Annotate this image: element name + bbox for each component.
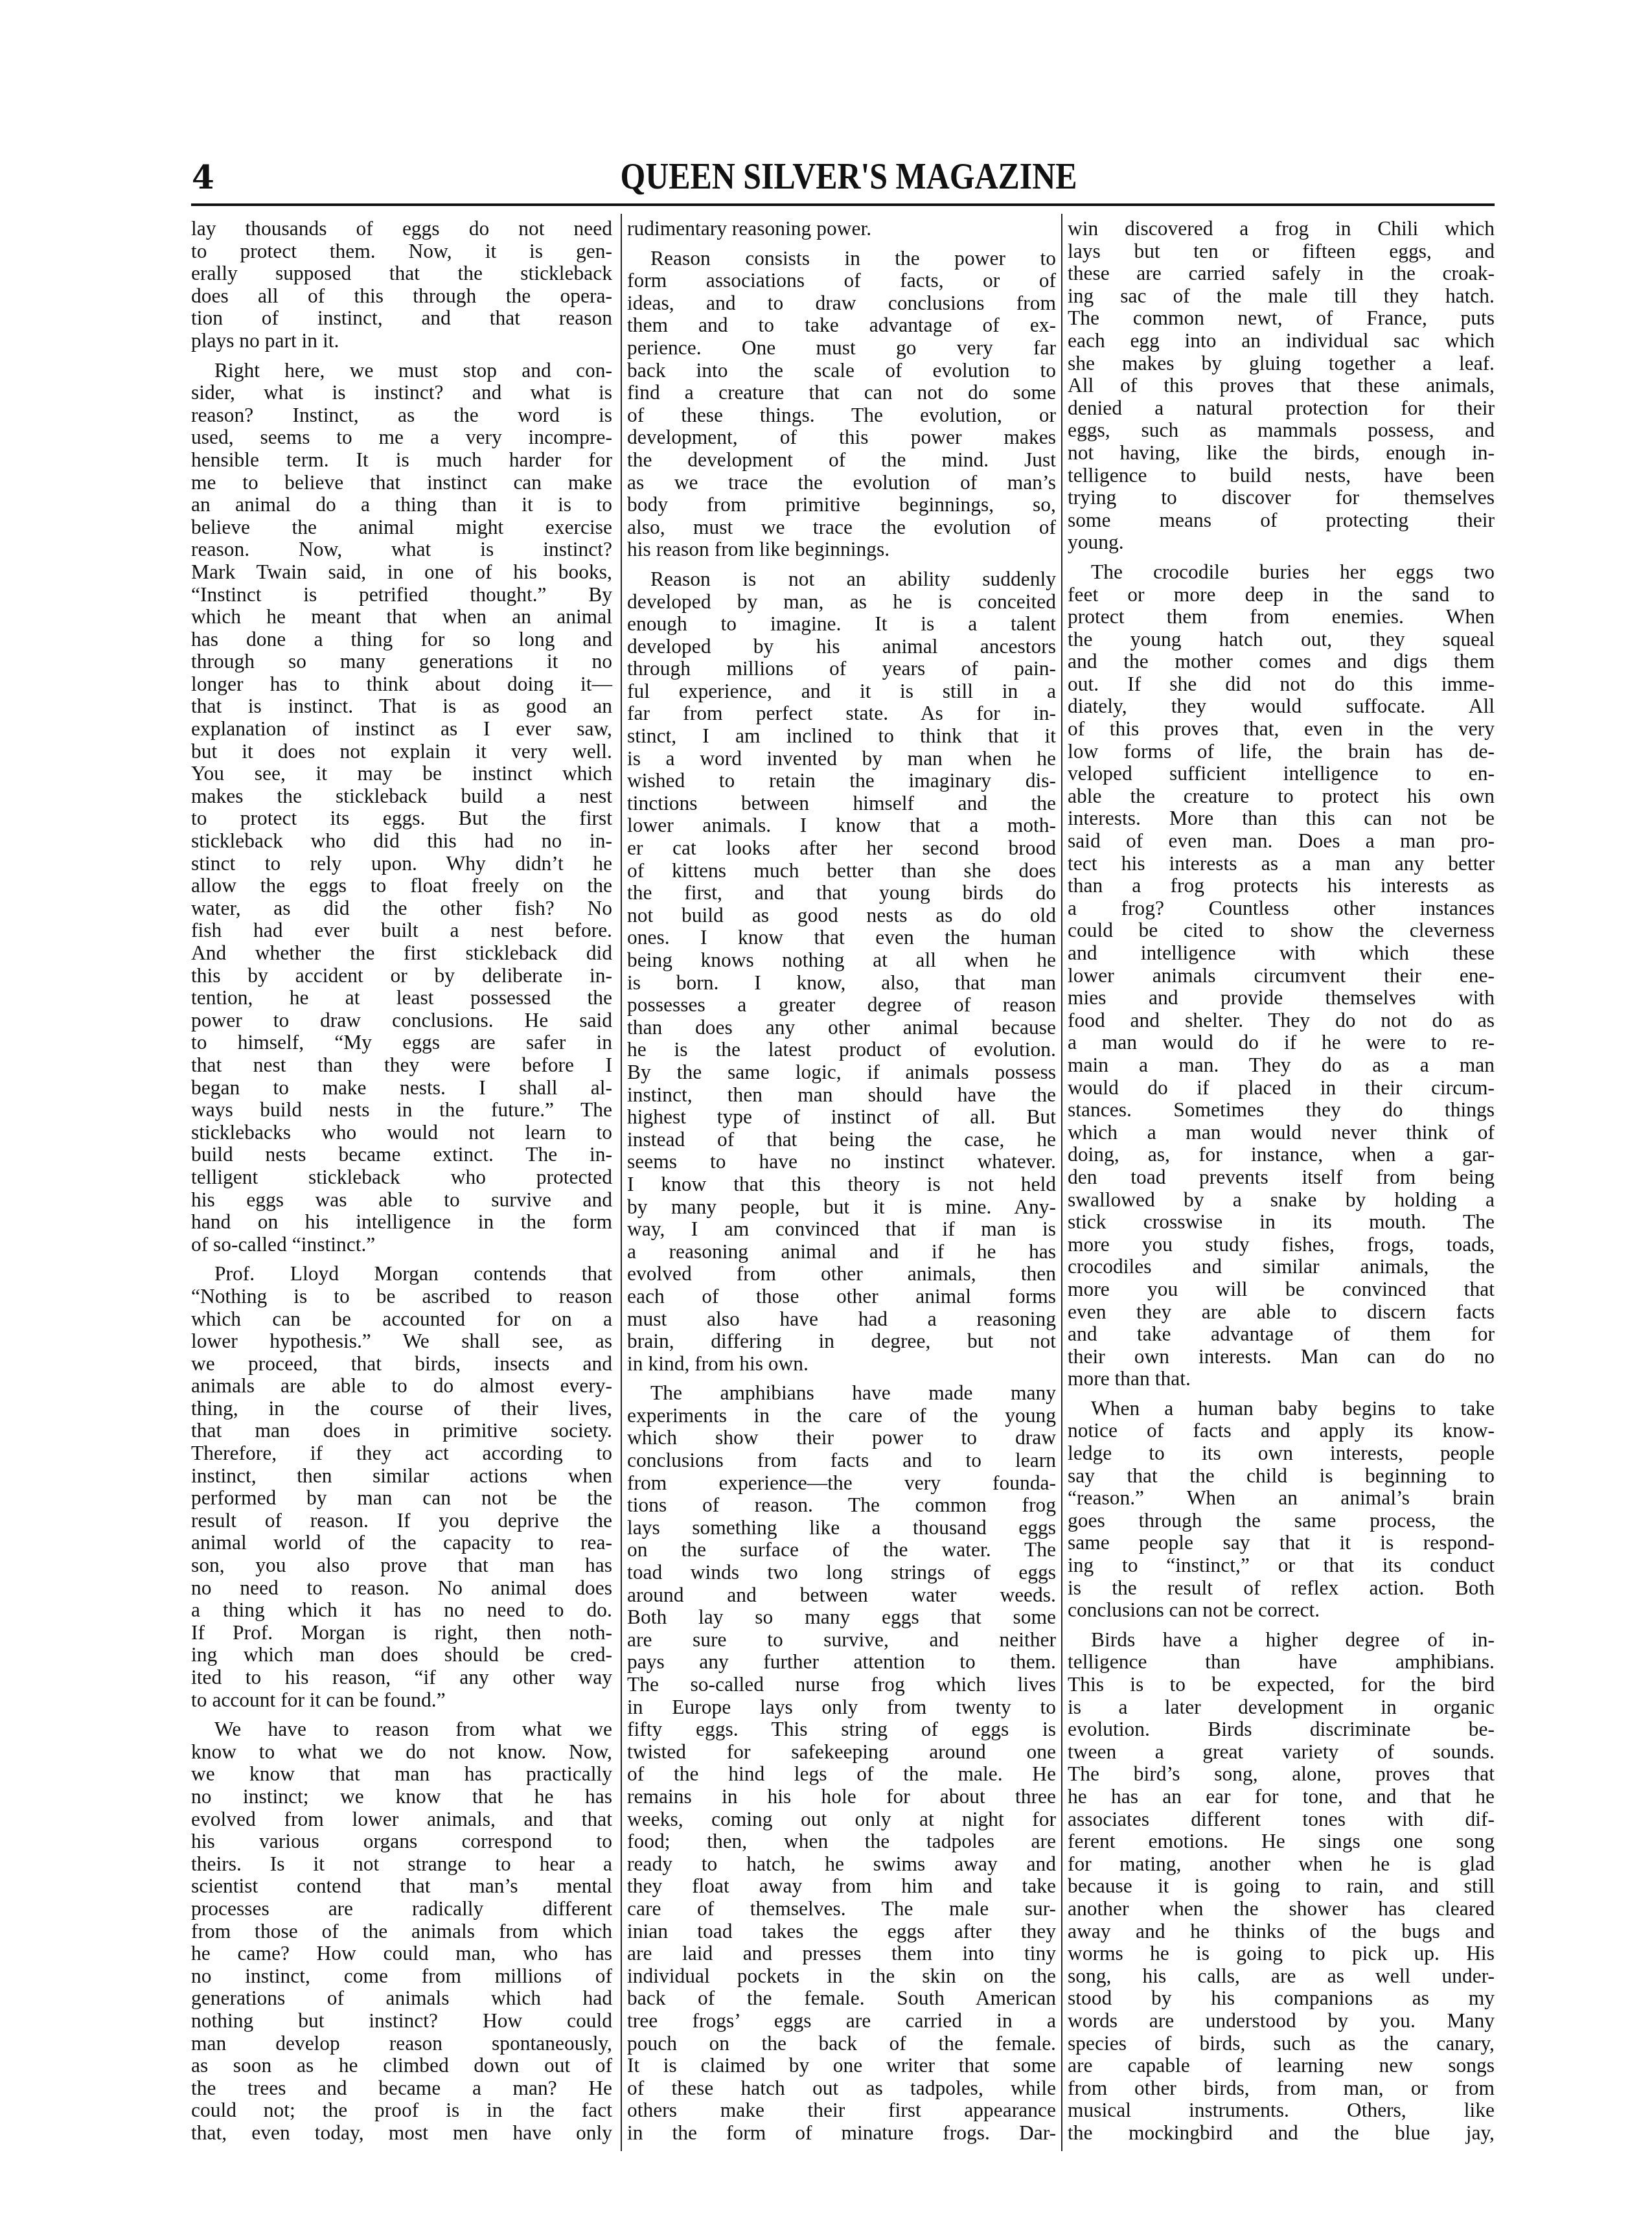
text-line: If Prof. Morgan is right, then noth- bbox=[191, 1622, 612, 1644]
text-line: veloped sufficient intelligence to en- bbox=[1068, 763, 1495, 785]
text-line: I know that this theory is not held bbox=[627, 1173, 1056, 1196]
text-line: around and between water weeds. bbox=[627, 1584, 1056, 1607]
text-line: and intelligence with which these bbox=[1068, 942, 1495, 965]
text-line: of these hatch out as tadpoles, while bbox=[627, 2077, 1056, 2100]
text-line: are laid and presses them into tiny bbox=[627, 1942, 1056, 1965]
text-line: The common newt, of France, puts bbox=[1068, 307, 1495, 330]
text-line: goes through the same process, the bbox=[1068, 1510, 1495, 1532]
text-line: animal world of the capacity to rea- bbox=[191, 1532, 612, 1554]
text-line: sider, what is instinct? and what is bbox=[191, 382, 612, 404]
text-line: from those of the animals from which bbox=[191, 1920, 612, 1943]
text-line: plays no part in it. bbox=[191, 330, 612, 352]
text-line: generations of animals which had bbox=[191, 1987, 612, 2010]
text-line: tect his interests as a man any better bbox=[1068, 853, 1495, 875]
text-line: from experience—the very founda- bbox=[627, 1472, 1056, 1495]
text-line: pouch on the back of the female. bbox=[627, 2033, 1056, 2055]
text-line: This is to be expected, for the bird bbox=[1068, 1674, 1495, 1696]
text-line: of these things. The evolution, or bbox=[627, 404, 1056, 427]
text-line: The amphibians have made many bbox=[627, 1382, 1056, 1405]
text-line: each egg into an individual sac which bbox=[1068, 330, 1495, 352]
text-line: Reason is not an ability suddenly bbox=[627, 568, 1056, 591]
text-line: scientist contend that man’s mental bbox=[191, 1875, 612, 1898]
text-line: being knows nothing at all when he bbox=[627, 949, 1056, 972]
text-line: makes the stickleback build a nest bbox=[191, 785, 612, 808]
text-line: his eggs was able to survive and bbox=[191, 1189, 612, 1212]
text-line: tions of reason. The common frog bbox=[627, 1494, 1056, 1517]
text-line: enough to imagine. It is a talent bbox=[627, 613, 1056, 636]
text-line: individual pockets in the skin on the bbox=[627, 1965, 1056, 1988]
text-line: Reason consists in the power to bbox=[627, 248, 1056, 270]
text-line: Both lay so many eggs that some bbox=[627, 1606, 1056, 1629]
text-line: because it is going to rain, and still bbox=[1068, 1875, 1495, 1898]
text-line: hensible term. It is much harder for bbox=[191, 449, 612, 472]
text-line: even they are able to discern facts bbox=[1068, 1301, 1495, 1324]
text-line: not build as good nests as do old bbox=[627, 905, 1056, 927]
text-line: body from primitive beginnings, so, bbox=[627, 494, 1056, 516]
text-line: pays any further attention to them. bbox=[627, 1651, 1056, 1674]
text-line: these are carried safely in the croak- bbox=[1068, 262, 1495, 285]
text-line: said of even man. Does a man pro- bbox=[1068, 830, 1495, 853]
text-line: does all of this through the opera- bbox=[191, 285, 612, 308]
text-line: the first, and that young birds do bbox=[627, 882, 1056, 905]
text-line: but it does not explain it very well. bbox=[191, 741, 612, 763]
text-line: feet or more deep in the sand to bbox=[1068, 584, 1495, 606]
text-line: tion of instinct, and that reason bbox=[191, 307, 612, 330]
text-line: ledge to its own interests, people bbox=[1068, 1442, 1495, 1465]
text-line: eggs, such as mammals possess, and bbox=[1068, 419, 1495, 442]
text-line: highest type of instinct of all. But bbox=[627, 1106, 1056, 1129]
text-line: ready to hatch, he swims away and bbox=[627, 1853, 1056, 1876]
text-line: fifty eggs. This string of eggs is bbox=[627, 1718, 1056, 1741]
text-line: stinct, I am inclined to think that it bbox=[627, 725, 1056, 748]
paragraph-gap bbox=[627, 240, 1056, 248]
paragraph: Reason consists in the power toform asso… bbox=[627, 248, 1056, 561]
text-line: conclusions from facts and to learn bbox=[627, 1449, 1056, 1472]
text-line: The crocodile buries her eggs two bbox=[1068, 561, 1495, 584]
text-line: explanation of instinct as I ever saw, bbox=[191, 718, 612, 741]
text-line: thing, in the course of their lives, bbox=[191, 1398, 612, 1420]
text-line: as we trace the evolution of man’s bbox=[627, 472, 1056, 494]
text-line: telligent stickleback who protected bbox=[191, 1166, 612, 1189]
text-line: seems to have no instinct whatever. bbox=[627, 1151, 1056, 1173]
text-line: telligence than have amphibians. bbox=[1068, 1651, 1495, 1674]
text-line: We have to reason from what we bbox=[191, 1718, 612, 1741]
text-line: lay thousands of eggs do not need bbox=[191, 218, 612, 240]
paragraph: lay thousands of eggs do not needto prot… bbox=[191, 218, 612, 352]
text-line: are sure to survive, and neither bbox=[627, 1629, 1056, 1652]
text-line: animals are able to do almost every- bbox=[191, 1375, 612, 1398]
text-line: associates different tones with dif- bbox=[1068, 1808, 1495, 1831]
text-line: “reason.” When an animal’s brain bbox=[1068, 1487, 1495, 1510]
text-line: a reasoning animal and if he has bbox=[627, 1241, 1056, 1263]
text-line: which can be accounted for on a bbox=[191, 1308, 612, 1331]
text-line: doing, as, for instance, when a gar- bbox=[1068, 1144, 1495, 1166]
text-line: man develop reason spontaneously, bbox=[191, 2033, 612, 2055]
text-line: tree frogs’ eggs are carried in a bbox=[627, 2010, 1056, 2033]
text-line: a man would do if he were to re- bbox=[1068, 1032, 1495, 1054]
text-line: ideas, and to draw conclusions from bbox=[627, 292, 1056, 315]
text-line: Birds have a higher degree of in- bbox=[1068, 1629, 1495, 1652]
text-line: others make their first appearance bbox=[627, 2099, 1056, 2122]
text-line: form associations of facts, or of bbox=[627, 270, 1056, 292]
text-line: protect them from enemies. When bbox=[1068, 606, 1495, 628]
text-line: they float away from him and take bbox=[627, 1875, 1056, 1898]
text-line: main a man. They do as a man bbox=[1068, 1054, 1495, 1077]
text-line: power to draw conclusions. He said bbox=[191, 1009, 612, 1032]
text-line: them and to take advantage of ex- bbox=[627, 314, 1056, 337]
text-line: the development of the mind. Just bbox=[627, 449, 1056, 472]
text-line: species of birds, such as the canary, bbox=[1068, 2033, 1495, 2055]
text-line: result of reason. If you deprive the bbox=[191, 1510, 612, 1532]
text-line: the young hatch out, they squeal bbox=[1068, 628, 1495, 651]
text-line: of the hind legs of the male. He bbox=[627, 1763, 1056, 1786]
text-line: he is the latest product of evolution. bbox=[627, 1039, 1056, 1061]
text-column-2: rudimentary reasoning power.Reason consi… bbox=[627, 218, 1056, 2144]
paragraph: win discovered a frog in Chili whichlays… bbox=[1068, 218, 1495, 554]
text-line: as soon as he climbed down out of bbox=[191, 2055, 612, 2077]
paragraph: rudimentary reasoning power. bbox=[627, 218, 1056, 240]
text-line: low forms of life, the brain has de- bbox=[1068, 741, 1495, 763]
text-line: than a frog protects his interests as bbox=[1068, 875, 1495, 897]
text-line: developed by his animal ancestors bbox=[627, 636, 1056, 658]
text-line: lays something like a thousand eggs bbox=[627, 1517, 1056, 1539]
text-line: me to believe that instinct can make bbox=[191, 472, 612, 494]
text-line: each of those other animal forms bbox=[627, 1285, 1056, 1308]
text-column-1: lay thousands of eggs do not needto prot… bbox=[191, 218, 612, 2144]
text-line: stances. Sometimes they do things bbox=[1068, 1099, 1495, 1122]
text-line: than does any other animal because bbox=[627, 1017, 1056, 1039]
text-line: could not; the proof is in the fact bbox=[191, 2099, 612, 2122]
text-line: wished to retain the imaginary dis- bbox=[627, 770, 1056, 792]
text-line: inian toad takes the eggs after they bbox=[627, 1920, 1056, 1943]
text-line: nothing but instinct? How could bbox=[191, 2010, 612, 2033]
text-line: tention, he at least possessed the bbox=[191, 987, 612, 1009]
text-line: stinct to rely upon. Why didn’t he bbox=[191, 853, 612, 875]
text-line: hand on his intelligence in the form bbox=[191, 1211, 612, 1234]
text-line: that is instinct. That is as good an bbox=[191, 695, 612, 718]
text-line: no need to reason. No animal does bbox=[191, 1577, 612, 1600]
text-line: more you will be convinced that bbox=[1068, 1278, 1495, 1301]
text-line: find a creature that can not do some bbox=[627, 382, 1056, 404]
text-line: could be cited to show the cleverness bbox=[1068, 919, 1495, 942]
paragraph: The amphibians have made manyexperiments… bbox=[627, 1382, 1056, 2144]
text-line: musical instruments. Others, like bbox=[1068, 2099, 1495, 2122]
text-line: in Europe lays only from twenty to bbox=[627, 1696, 1056, 1719]
text-line: er cat looks after her second brood bbox=[627, 837, 1056, 860]
text-line: and the mother comes and digs them bbox=[1068, 651, 1495, 673]
text-line: Right here, we must stop and con- bbox=[191, 360, 612, 382]
text-line: has done a thing for so long and bbox=[191, 628, 612, 651]
text-line: ones. I know that even the human bbox=[627, 927, 1056, 949]
text-line: he came? How could man, who has bbox=[191, 1942, 612, 1965]
text-line: “Nothing is to be ascribed to reason bbox=[191, 1285, 612, 1308]
text-line: also, must we trace the evolution of bbox=[627, 516, 1056, 539]
text-line: we know that man has practically bbox=[191, 1763, 612, 1786]
text-line: brain, differing in degree, but not bbox=[627, 1330, 1056, 1353]
text-line: this by accident or by deliberate in- bbox=[191, 965, 612, 987]
text-line: swallowed by a snake by holding a bbox=[1068, 1189, 1495, 1212]
text-line: It is claimed by one writer that some bbox=[627, 2055, 1056, 2077]
text-line: words are understood by you. Many bbox=[1068, 2010, 1495, 2033]
text-line: The bird’s song, alone, proves that bbox=[1068, 1763, 1495, 1786]
text-line: in kind, from his own. bbox=[627, 1353, 1056, 1376]
text-line: not having, like the birds, enough in- bbox=[1068, 442, 1495, 465]
text-line: notice of facts and apply its know- bbox=[1068, 1420, 1495, 1442]
text-line: ways build nests in the future.” The bbox=[191, 1099, 612, 1122]
text-line: which a man would never think of bbox=[1068, 1122, 1495, 1144]
text-line: through millions of years of pain- bbox=[627, 658, 1056, 680]
text-line: of this proves that, even in the very bbox=[1068, 718, 1495, 741]
text-line: theirs. Is it not strange to hear a bbox=[191, 1853, 612, 1876]
text-line: tween a great variety of sounds. bbox=[1068, 1741, 1495, 1764]
text-line: “Instinct is petrified thought.” By bbox=[191, 584, 612, 606]
text-line: toad winds two long strings of eggs bbox=[627, 1562, 1056, 1584]
text-line: stick crosswise in its mouth. The bbox=[1068, 1211, 1495, 1234]
text-line: more you study fishes, frogs, toads, bbox=[1068, 1234, 1495, 1256]
text-line: evolved from lower animals, and that bbox=[191, 1808, 612, 1831]
text-line: stickleback who did this had no in- bbox=[191, 830, 612, 853]
text-line: his reason from like beginnings. bbox=[627, 538, 1056, 561]
text-line: which he meant that when an animal bbox=[191, 606, 612, 628]
text-line: son, you also prove that man has bbox=[191, 1554, 612, 1577]
text-line: for mating, another when he is glad bbox=[1068, 1853, 1495, 1876]
text-line: lower hypothesis.” We shall see, as bbox=[191, 1330, 612, 1353]
text-line: ing which man does should be cred- bbox=[191, 1644, 612, 1666]
text-line: back into the scale of evolution to bbox=[627, 360, 1056, 382]
text-line: another when the shower has cleared bbox=[1068, 1898, 1495, 1920]
magazine-title: QUEEN SILVER'S MAGAZINE bbox=[609, 156, 1088, 197]
text-line: is born. I know, also, that man bbox=[627, 972, 1056, 995]
text-line: away and he thinks of the bugs and bbox=[1068, 1920, 1495, 1943]
text-line: which show their power to draw bbox=[627, 1427, 1056, 1449]
text-line: their own interests. Man can do no bbox=[1068, 1346, 1495, 1368]
text-line: care of themselves. The male sur- bbox=[627, 1898, 1056, 1920]
text-line: Therefore, if they act according to bbox=[191, 1442, 612, 1465]
text-line: water, as did the other fish? No bbox=[191, 897, 612, 920]
text-line: diately, they would suffocate. All bbox=[1068, 695, 1495, 718]
paragraph: The crocodile buries her eggs twofeet or… bbox=[1068, 561, 1495, 1390]
text-line: perience. One must go very far bbox=[627, 337, 1056, 360]
text-line: an animal do a thing than it is to bbox=[191, 494, 612, 516]
text-line: crocodiles and similar animals, the bbox=[1068, 1256, 1495, 1278]
text-line: development, of this power makes bbox=[627, 426, 1056, 449]
text-line: All of this proves that these animals, bbox=[1068, 375, 1495, 397]
text-line: the mockingbird and the blue jay, bbox=[1068, 2122, 1495, 2145]
text-line: we proceed, that birds, insects and bbox=[191, 1353, 612, 1376]
text-line: ful experience, and it is still in a bbox=[627, 680, 1056, 703]
paragraph: We have to reason from what weknow to wh… bbox=[191, 1718, 612, 2144]
text-line: to himself, “My eggs are safer in bbox=[191, 1032, 612, 1054]
text-line: know to what we do not know. Now, bbox=[191, 1741, 612, 1764]
column-divider-2 bbox=[1061, 214, 1062, 2151]
text-line: worms he is going to pick up. His bbox=[1068, 1942, 1495, 1965]
text-line: on the surface of the water. The bbox=[627, 1539, 1056, 1562]
text-line: song, his calls, are as well under- bbox=[1068, 1965, 1495, 1988]
text-line: tinctions between himself and the bbox=[627, 792, 1056, 815]
text-line: began to make nests. I shall al- bbox=[191, 1077, 612, 1100]
text-line: out. If she did not do this imme- bbox=[1068, 673, 1495, 696]
text-line: believe the animal might exercise bbox=[191, 516, 612, 539]
text-line: to protect them. Now, it is gen- bbox=[191, 240, 612, 263]
paragraph: When a human baby begins to takenotice o… bbox=[1068, 1398, 1495, 1622]
paragraph: Prof. Lloyd Morgan contends that“Nothing… bbox=[191, 1263, 612, 1711]
text-line: are capable of learning new songs bbox=[1068, 2055, 1495, 2077]
text-line: of so-called “instinct.” bbox=[191, 1234, 612, 1256]
text-line: is the result of reflex action. Both bbox=[1068, 1577, 1495, 1600]
text-line: sticklebacks who would not learn to bbox=[191, 1122, 612, 1144]
text-line: instinct, then man should have the bbox=[627, 1084, 1056, 1107]
text-line: instead of that being the case, he bbox=[627, 1129, 1056, 1151]
text-line: more than that. bbox=[1068, 1368, 1495, 1390]
text-line: telligence to build nests, have been bbox=[1068, 465, 1495, 487]
text-line: to account for it can be found.” bbox=[191, 1689, 612, 1712]
text-line: able the creature to protect his own bbox=[1068, 785, 1495, 808]
text-line: stood by his companions as my bbox=[1068, 1987, 1495, 2010]
text-line: lower animals circumvent their ene- bbox=[1068, 965, 1495, 987]
text-line: used, seems to me a very incompre- bbox=[191, 426, 612, 449]
text-line: remains in his hole for about three bbox=[627, 1786, 1056, 1808]
text-line: ing sac of the male till they hatch. bbox=[1068, 285, 1495, 308]
text-line: mies and provide themselves with bbox=[1068, 987, 1495, 1009]
text-line: lower animals. I know that a moth- bbox=[627, 814, 1056, 837]
text-line: of kittens much better than she does bbox=[627, 860, 1056, 882]
text-line: say that the child is beginning to bbox=[1068, 1465, 1495, 1488]
text-line: ited to his reason, “if any other way bbox=[191, 1666, 612, 1689]
text-line: ing to “instinct,” or that its conduct bbox=[1068, 1554, 1495, 1577]
text-line: way, I am convinced that if man is bbox=[627, 1218, 1056, 1241]
text-line: By the same logic, if animals possess bbox=[627, 1061, 1056, 1084]
text-line: fish had ever built a nest before. bbox=[191, 919, 612, 942]
text-line: conclusions can not be correct. bbox=[1068, 1599, 1495, 1622]
text-line: lays but ten or fifteen eggs, and bbox=[1068, 240, 1495, 263]
paragraph: Reason is not an ability suddenlydevelop… bbox=[627, 568, 1056, 1375]
text-line: reason. Now, what is instinct? bbox=[191, 538, 612, 561]
text-line: evolution. Birds discriminate be- bbox=[1068, 1718, 1495, 1741]
text-line: she makes by gluing together a leaf. bbox=[1068, 352, 1495, 375]
text-line: instinct, then similar actions when bbox=[191, 1465, 612, 1488]
text-line: is a word invented by man when he bbox=[627, 748, 1056, 770]
text-line: den toad prevents itself from being bbox=[1068, 1166, 1495, 1189]
text-line: rudimentary reasoning power. bbox=[627, 218, 1056, 240]
text-line: developed by man, as he is conceited bbox=[627, 591, 1056, 614]
text-line: When a human baby begins to take bbox=[1068, 1398, 1495, 1420]
text-line: and take advantage of them for bbox=[1068, 1323, 1495, 1346]
text-line: far from perfect state. As for in- bbox=[627, 702, 1056, 725]
text-column-3: win discovered a frog in Chili whichlays… bbox=[1068, 218, 1495, 2144]
text-line: some means of protecting their bbox=[1068, 509, 1495, 532]
text-line: denied a natural protection for their bbox=[1068, 397, 1495, 420]
text-line: experiments in the care of the young bbox=[627, 1405, 1056, 1427]
paragraph-gap bbox=[191, 352, 612, 360]
text-line: ferent emotions. He sings one song bbox=[1068, 1830, 1495, 1853]
column-divider-1 bbox=[621, 214, 622, 2151]
text-line: the trees and became a man? He bbox=[191, 2077, 612, 2100]
text-line: Mark Twain said, in one of his books, bbox=[191, 561, 612, 584]
text-line: build nests became extinct. The in- bbox=[191, 1144, 612, 1166]
text-line: no instinct; we know that he has bbox=[191, 1786, 612, 1808]
text-line: erally supposed that the stickleback bbox=[191, 262, 612, 285]
text-line: must also have had a reasoning bbox=[627, 1308, 1056, 1331]
header-rule bbox=[191, 203, 1495, 206]
text-line: a thing which it has no need to do. bbox=[191, 1599, 612, 1622]
paragraph: Birds have a higher degree of in-tellige… bbox=[1068, 1629, 1495, 2145]
text-line: is a later development in organic bbox=[1068, 1696, 1495, 1719]
text-line: trying to discover for themselves bbox=[1068, 487, 1495, 509]
text-line: And whether the first stickleback did bbox=[191, 942, 612, 965]
text-line: evolved from other animals, then bbox=[627, 1263, 1056, 1285]
text-line: through so many generations it no bbox=[191, 651, 612, 673]
text-line: a frog? Countless other instances bbox=[1068, 897, 1495, 920]
text-line: that nest than they were before I bbox=[191, 1054, 612, 1077]
text-line: in the form of minature frogs. Dar- bbox=[627, 2122, 1056, 2145]
text-line: no instinct, come from millions of bbox=[191, 1965, 612, 1988]
text-line: possesses a greater degree of reason bbox=[627, 994, 1056, 1017]
text-line: Prof. Lloyd Morgan contends that bbox=[191, 1263, 612, 1285]
text-line: back of the female. South American bbox=[627, 1987, 1056, 2010]
text-line: his various organs correspond to bbox=[191, 1830, 612, 1853]
text-line: allow the eggs to float freely on the bbox=[191, 875, 612, 897]
text-line: weeks, coming out only at night for bbox=[627, 1808, 1056, 1831]
text-line: that man does in primitive society. bbox=[191, 1420, 612, 1442]
text-line: same people say that it is respond- bbox=[1068, 1532, 1495, 1554]
text-line: young. bbox=[1068, 531, 1495, 554]
text-line: by many people, but it is mine. Any- bbox=[627, 1196, 1056, 1219]
text-line: longer has to think about doing it— bbox=[191, 673, 612, 696]
text-line: twisted for safekeeping around one bbox=[627, 1741, 1056, 1764]
text-line: processes are radically different bbox=[191, 1898, 612, 1920]
text-line: You see, it may be instinct which bbox=[191, 763, 612, 785]
text-line: The so-called nurse frog which lives bbox=[627, 1674, 1056, 1696]
text-line: food and shelter. They do not do as bbox=[1068, 1009, 1495, 1032]
paragraph: Right here, we must stop and con-sider, … bbox=[191, 360, 612, 1256]
text-line: win discovered a frog in Chili which bbox=[1068, 218, 1495, 240]
text-line: performed by man can not be the bbox=[191, 1487, 612, 1510]
text-line: reason? Instinct, as the word is bbox=[191, 404, 612, 427]
text-line: to protect its eggs. But the first bbox=[191, 807, 612, 830]
text-line: interests. More than this can not be bbox=[1068, 807, 1495, 830]
text-line: food; then, when the tadpoles are bbox=[627, 1830, 1056, 1853]
text-line: that, even today, most men have only bbox=[191, 2122, 612, 2145]
text-line: would do if placed in their circum- bbox=[1068, 1077, 1495, 1100]
text-line: he has an ear for tone, and that he bbox=[1068, 1786, 1495, 1808]
page-number: 4 bbox=[192, 159, 214, 196]
text-line: from other birds, from man, or from bbox=[1068, 2077, 1495, 2100]
magazine-page: 4 QUEEN SILVER'S MAGAZINE lay thousands … bbox=[0, 0, 1652, 2236]
